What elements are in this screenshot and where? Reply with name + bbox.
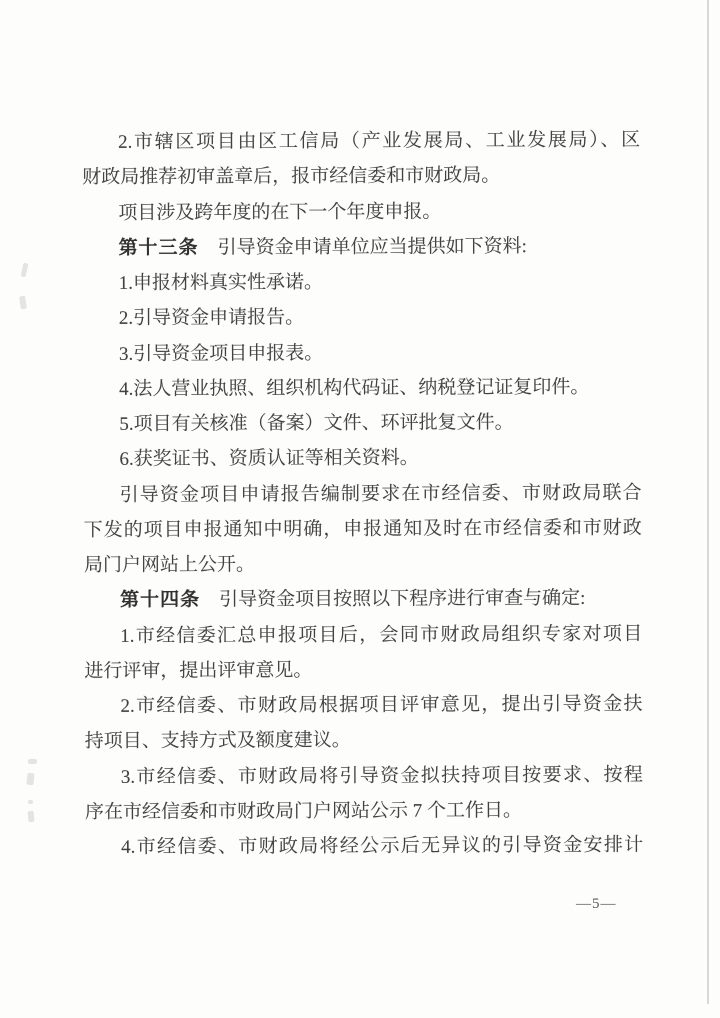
text-line: 4.法人营业执照、组织机构代码证、纳税登记证复印件。 xyxy=(83,369,641,407)
text-line: 6.获奖证书、资质认证等相关资料。 xyxy=(83,440,641,478)
scan-artifact xyxy=(28,800,33,804)
text-line: 3.市经信委、市财政局将引导资金拟扶持项目按要求、按程 xyxy=(85,757,643,795)
text-line: 2.引导资金申请报告。 xyxy=(83,299,641,337)
text-line: 局门户网站上公开。 xyxy=(84,546,642,584)
scan-artifact xyxy=(28,811,35,822)
article-number: 第十三条 xyxy=(118,237,198,258)
text-line: 2.市辖区项目由区工信局（产业发展局、工业发展局）、区 xyxy=(82,123,640,161)
text-line: 引导资金项目申请报告编制要求在市经信委、市财政局联合 xyxy=(84,475,642,513)
scan-artifact xyxy=(21,263,29,278)
scan-artifact xyxy=(26,773,34,786)
text-line: 持项目、支持方式及额度建议。 xyxy=(85,722,643,760)
text-line: 财政局推荐初审盖章后，报市经信委和市财政局。 xyxy=(82,158,640,196)
text-line: 下发的项目申报通知中明确，申报通知及时在市经信委和市财政 xyxy=(84,510,642,548)
scan-artifact xyxy=(19,296,27,310)
text-line: 项目涉及跨年度的在下一个年度申报。 xyxy=(82,193,640,231)
document-body: 2.市辖区项目由区工信局（产业发展局、工业发展局）、区财政局推荐初审盖章后，报市… xyxy=(82,123,643,866)
text-line: 第十三条引导资金申请单位应当提供如下资料: xyxy=(82,228,640,266)
text-line: 第十四条引导资金项目按照以下程序进行审查与确定: xyxy=(84,581,642,619)
text-line: 1.市经信委汇总申报项目后，会同市财政局组织专家对项目 xyxy=(84,616,642,654)
text-line: 2.市经信委、市财政局根据项目评审意见，提出引导资金扶 xyxy=(84,687,642,725)
scan-artifact xyxy=(28,759,37,764)
article-number: 第十四条 xyxy=(120,590,200,611)
page-number: —5— xyxy=(576,896,617,913)
text-line: 进行评审，提出评审意见。 xyxy=(84,651,642,689)
text-line: 4.市经信委、市财政局将经公示后无异议的引导资金安排计 xyxy=(85,828,643,866)
text-line: 序在市经信委和市财政局门户网站公示 7 个工作日。 xyxy=(85,792,643,830)
paper-edge-line xyxy=(707,0,709,1004)
text-line: 3.引导资金项目申报表。 xyxy=(83,334,641,372)
scanned-document-page: 2.市辖区项目由区工信局（产业发展局、工业发展局）、区财政局推荐初审盖章后，报市… xyxy=(0,0,720,1018)
text-line: 1.申报材料真实性承诺。 xyxy=(83,264,641,302)
text-line: 5.项目有关核准（备案）文件、环评批复文件。 xyxy=(83,405,641,443)
